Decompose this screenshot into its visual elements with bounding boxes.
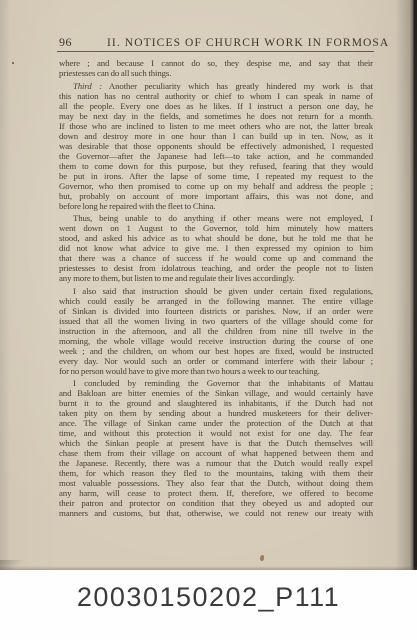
text-line: which the Sinkan people at present have … bbox=[59, 438, 373, 448]
page-body-text: where ; and because I cannot do so, they… bbox=[59, 58, 373, 523]
text-line: I concluded by reminding the Governor th… bbox=[59, 378, 373, 388]
header-rule bbox=[57, 51, 374, 52]
text-line: I also said that instruction should be g… bbox=[59, 286, 373, 296]
text-line: but, probably on account of more importa… bbox=[59, 191, 373, 201]
text-line: them to come down for this purpose, but … bbox=[59, 161, 373, 171]
text-line: may be next day in the fields, and somet… bbox=[59, 111, 373, 121]
text-line: ance. The village of Sinkan came under t… bbox=[59, 418, 373, 428]
text-line: of Sinkan is divided into fourteen distr… bbox=[59, 306, 373, 316]
text-line: most valuable possessions. They also fea… bbox=[59, 478, 373, 488]
book-page-scan: 96 II. NOTICES OF CHURCH WORK IN FORMOSA… bbox=[0, 0, 417, 570]
text-line: did not know what advice to give me. I t… bbox=[59, 243, 373, 253]
text-line: where ; and because I cannot do so, they… bbox=[59, 58, 373, 68]
text-line: priestesses can do all such things. bbox=[59, 68, 373, 78]
paragraph: where ; and because I cannot do so, they… bbox=[59, 58, 373, 78]
text-line: If those who are inclined to listen to m… bbox=[59, 121, 373, 131]
text-line: stood, and asked his advice as to what s… bbox=[59, 233, 373, 243]
paper-speck bbox=[260, 555, 264, 561]
text-line: chase them from their village on account… bbox=[59, 448, 373, 458]
text-line: down and destroy more in one hour than I… bbox=[59, 131, 373, 141]
text-line: taken pity on them by sending about a hu… bbox=[59, 408, 373, 418]
text-line: their patron and protector on condition … bbox=[59, 498, 373, 508]
text-line: the Japanese. Recently, there was a rumo… bbox=[59, 458, 373, 468]
chapter-title: II. NOTICES OF CHURCH WORK IN FORMOSA bbox=[107, 37, 389, 49]
paragraph: I also said that instruction should be g… bbox=[59, 286, 373, 376]
text-line: and Bakloan are bitter enemies of the Si… bbox=[59, 388, 373, 398]
text-line: priestesses to desist from idolatrous te… bbox=[59, 263, 373, 273]
paper-speck bbox=[12, 62, 14, 64]
catalog-number: 20030150202_P111 bbox=[77, 582, 340, 640]
page-number: 96 bbox=[59, 35, 72, 50]
text-line: this nation has no central authority or … bbox=[59, 91, 373, 101]
text-line: which could easily be arranged in the fo… bbox=[59, 296, 373, 306]
text-line: was desirable that those opponents shoul… bbox=[59, 141, 373, 151]
text-line: before long he repaired with the fleet t… bbox=[59, 201, 373, 211]
text-line: that there was a chance of success if he… bbox=[59, 253, 373, 263]
text-line: went down on 1 August to the Governor, t… bbox=[59, 223, 373, 233]
text-line: be put in irons. After the lapse of some… bbox=[59, 171, 373, 181]
running-head: 96 II. NOTICES OF CHURCH WORK IN FORMOSA bbox=[59, 35, 373, 50]
text-line: any more to them, but listen to me and r… bbox=[59, 273, 373, 283]
text-line: all the people. Every one does as he lik… bbox=[59, 101, 373, 111]
text-line: any harm, will cease to protect them. If… bbox=[59, 488, 373, 498]
paper-corner-shadow bbox=[0, 560, 26, 570]
catalog-footer-strip: 20030150202_P111 bbox=[0, 570, 417, 640]
text-line: them, for which reason they fled to the … bbox=[59, 468, 373, 478]
text-line: time, and without this protection it wou… bbox=[59, 428, 373, 438]
text-line: week ; and the children, on whom our bes… bbox=[59, 346, 373, 356]
text-line: manners and customs, but that, otherwise… bbox=[59, 508, 373, 518]
paragraph: Thus, being unable to do anything if oth… bbox=[59, 213, 373, 283]
paragraph: Third : Another peculiarity which has gr… bbox=[59, 81, 373, 211]
text-line: burnt it to the ground and slaughtered i… bbox=[59, 398, 373, 408]
text-line: issued that all the women living in two … bbox=[59, 316, 373, 326]
text-line: the Governor—after the Japanese had left… bbox=[59, 151, 373, 161]
text-line: Governor, who then promised to come up o… bbox=[59, 181, 373, 191]
text-line: morning, the whole village would receive… bbox=[59, 336, 373, 346]
text-line: Thus, being unable to do anything if oth… bbox=[59, 213, 373, 223]
italic-lead: Third : bbox=[73, 81, 102, 91]
text-line: instruction in the afternoon, and all th… bbox=[59, 326, 373, 336]
text-line: every day. Nor would such an order or co… bbox=[59, 356, 373, 366]
text-line: for no person would have to give more th… bbox=[59, 366, 373, 376]
paragraph: I concluded by reminding the Governor th… bbox=[59, 378, 373, 518]
scanned-book-page: 96 II. NOTICES OF CHURCH WORK IN FORMOSA… bbox=[0, 0, 417, 640]
text-line: Third : Another peculiarity which has gr… bbox=[59, 81, 373, 91]
